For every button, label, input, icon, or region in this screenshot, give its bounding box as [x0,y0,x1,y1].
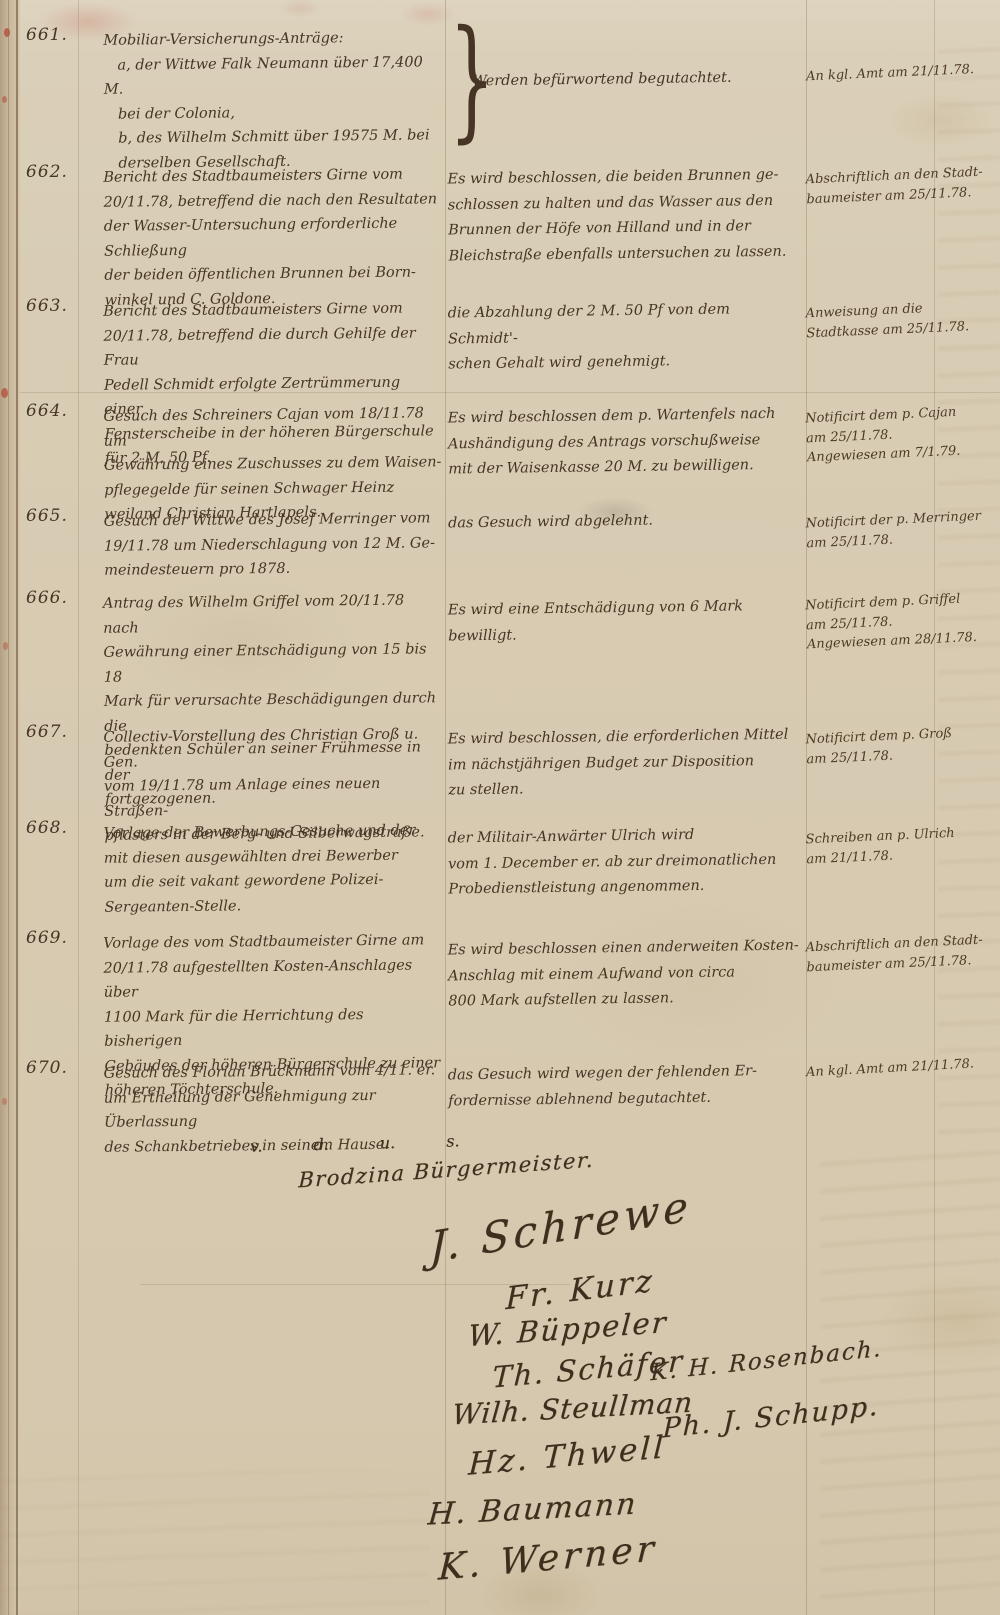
red-speck [3,642,8,650]
entry-decision: Es wird beschlossen einen anderweiten Ko… [447,934,800,1015]
entry-annotation: Notificirt dem p. Groß am 25/11.78. [805,722,1000,770]
entry-decision: Es wird eine Entschädigung von 6 Mark be… [448,594,801,650]
signature: Wilh. Steullman [451,1386,695,1432]
entry-annotation: Anweisung an die Stadtkasse am 25/11.78. [805,296,1000,344]
entry-number: 668. [26,818,68,838]
entry-subject: Gesuch der Wittwe des Josef Merringer vo… [104,506,443,583]
annotation-column-rule [806,0,807,1615]
edge-rule [8,0,9,1615]
entry-annotation: Notificirt dem p. Cajan am 25/11.78. Ang… [805,401,1000,468]
signature: K. Werner [437,1528,658,1589]
entry-decision: Es wird beschlossen, die erforderlichen … [447,723,800,804]
decision-column-rule [445,0,446,1615]
entry-decision: die Abzahlung der 2 M. 50 Pf von dem Sch… [447,297,800,378]
entry-number: 665. [26,506,68,526]
entry-decision: der Militair-Anwärter Ulrich wird vom 1.… [447,822,800,903]
entry-number: 666. [26,588,68,608]
signature: J. Schrewe [429,1181,692,1272]
entry-annotation: Abschriftlich an den Stadt- baumeister a… [805,162,1000,210]
entry-subject: Bericht des Stadtbaumeisters Girne vom 2… [103,162,443,313]
margin-rule-dark [16,0,18,1615]
entry-number: 669. [26,928,68,948]
bleed-through [820,1147,1000,1613]
entry-number: 662. [26,162,68,182]
entry-decision: Werden befürwortend begutachtet. [472,65,824,95]
entry-annotation: Notificirt dem p. Griffel am 25/11.78. A… [805,588,1000,655]
entry-decision: das Gesuch wird abgelehnt. [448,507,800,537]
red-speck [1,388,8,398]
entry-number: 667. [26,722,68,742]
entry-annotation: Abschriftlich an den Stadt- baumeister a… [805,930,1000,978]
entry-annotation: Schreiben an p. Ulrich am 21/11.78. [805,822,1000,870]
red-speck [2,1098,7,1105]
entry-number: 661. [26,25,68,45]
entry-annotation: Notificirt der p. Merringer am 25/11.78. [805,506,1000,554]
protocol-page: 661. Mobiliar-Versicherungs-Anträge: a, … [0,0,1000,1615]
red-speck [4,28,10,37]
signature: H. Baumann [427,1486,639,1532]
number-column-rule [78,0,79,1615]
entry-number: 663. [26,296,68,316]
entry-decision: das Gesuch wird wegen der fehlenden Er- … [448,1059,801,1115]
entry-number: 664. [26,401,68,421]
signature: Hz. Thwell [467,1429,667,1483]
entry-decision: Es wird beschlossen, die beiden Brunnen … [447,163,800,270]
bleed-through [0,1470,430,1615]
entry-subject: Mobiliar-Versicherungs-Anträge: a, der W… [103,25,443,176]
red-speck [2,96,7,103]
entry-decision: Es wird beschlossen dem p. Wartenfels na… [447,402,800,483]
entry-number: 670. [26,1058,68,1078]
signature: W. Büppeler [467,1305,669,1353]
entry-subject: Vorlage der Bewerbungs-Gesuche und der m… [103,818,442,920]
